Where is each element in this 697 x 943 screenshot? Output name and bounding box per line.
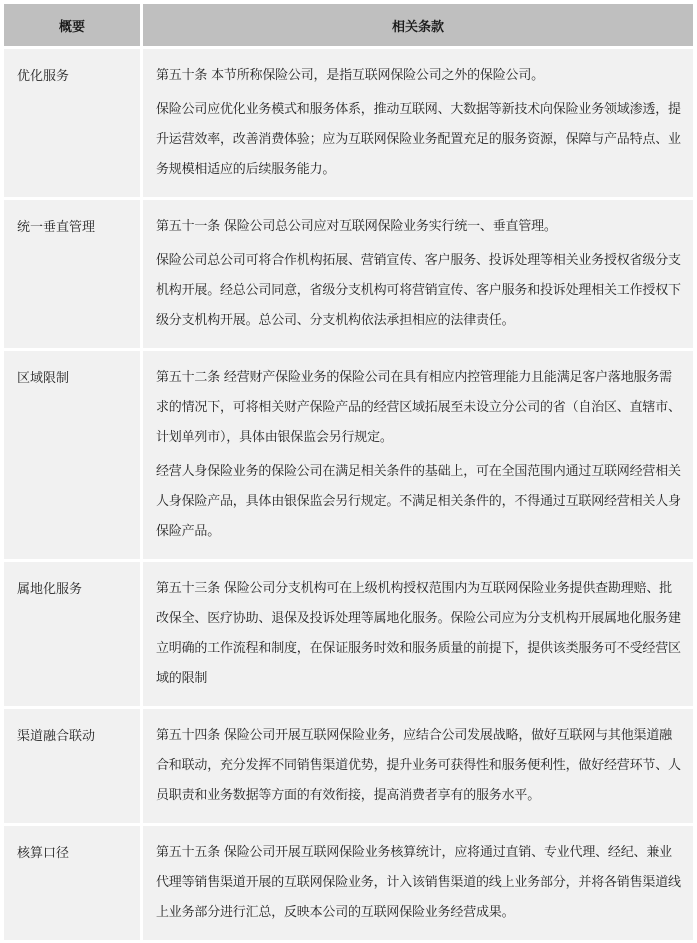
clause-paragraph: 第五十二条 经营财产保险业务的保险公司在具有相应内控管理能力且能满足客户落地服务…: [156, 363, 681, 453]
insurance-clauses-table: 概要 相关条款 优化服务 第五十条 本节所称保险公司，是指互联网保险公司之外的保…: [1, 1, 696, 825]
row-summary: 优化服务: [4, 49, 140, 197]
row-summary: 渠道融合联动: [4, 709, 140, 823]
clause-paragraph: 第五十条 本节所称保险公司，是指互联网保险公司之外的保险公司。: [156, 61, 681, 91]
row-summary: 统一垂直管理: [4, 200, 140, 348]
clause-paragraph: 经营人身保险业务的保险公司在满足相关条件的基础上，可在全国范围内通过互联网经营相…: [156, 457, 681, 547]
table-row: 统一垂直管理 第五十一条 保险公司总公司应对互联网保险业务实行统一、垂直管理。 …: [4, 200, 693, 348]
row-clause: 第五十一条 保险公司总公司应对互联网保险业务实行统一、垂直管理。 保险公司总公司…: [143, 200, 693, 348]
row-clause: 第五十二条 经营财产保险业务的保险公司在具有相应内控管理能力且能满足客户落地服务…: [143, 351, 693, 559]
clause-paragraph: 第五十三条 保险公司分支机构可在上级机构授权范围内为互联网保险业务提供查勘理赔、…: [156, 574, 681, 694]
clause-paragraph: 保险公司应优化业务模式和服务体系，推动互联网、大数据等新技术向保险业务领域渗透，…: [156, 95, 681, 185]
header-summary: 概要: [4, 4, 140, 46]
header-clauses: 相关条款: [143, 4, 693, 46]
row-summary: 属地化服务: [4, 562, 140, 706]
row-clause: 第五十条 本节所称保险公司，是指互联网保险公司之外的保险公司。 保险公司应优化业…: [143, 49, 693, 197]
clause-paragraph: 保险公司总公司可将合作机构拓展、营销宣传、客户服务、投诉处理等相关业务授权省级分…: [156, 246, 681, 336]
table-header-row: 概要 相关条款: [4, 4, 693, 46]
clause-paragraph: 第五十一条 保险公司总公司应对互联网保险业务实行统一、垂直管理。: [156, 212, 681, 242]
clause-paragraph: 第五十四条 保险公司开展互联网保险业务，应结合公司发展战略，做好互联网与其他渠道…: [156, 721, 681, 811]
table-row: 渠道融合联动 第五十四条 保险公司开展互联网保险业务，应结合公司发展战略，做好互…: [4, 709, 693, 823]
table-row: 属地化服务 第五十三条 保险公司分支机构可在上级机构授权范围内为互联网保险业务提…: [4, 562, 693, 706]
row-summary: 区域限制: [4, 351, 140, 559]
table-row: 区域限制 第五十二条 经营财产保险业务的保险公司在具有相应内控管理能力且能满足客…: [4, 351, 693, 559]
table-row: 优化服务 第五十条 本节所称保险公司，是指互联网保险公司之外的保险公司。 保险公…: [4, 49, 693, 197]
row-clause: 第五十三条 保险公司分支机构可在上级机构授权范围内为互联网保险业务提供查勘理赔、…: [143, 562, 693, 706]
row-clause: 第五十四条 保险公司开展互联网保险业务，应结合公司发展战略，做好互联网与其他渠道…: [143, 709, 693, 823]
